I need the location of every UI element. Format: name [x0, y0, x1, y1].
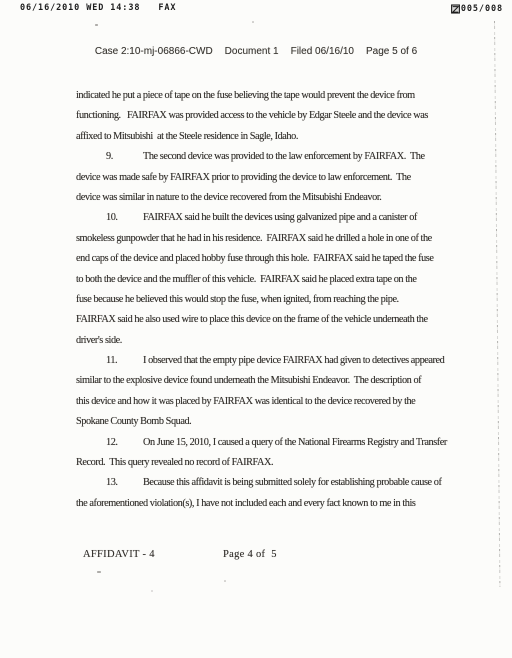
scan-speck	[151, 590, 153, 592]
footer-doc-label: AFFIDAVIT - 4	[83, 549, 155, 560]
body-line: 11.I observed that the empty pipe device…	[76, 351, 488, 371]
body-line: 12.On June 15, 2010, I caused a query of…	[76, 433, 488, 453]
body-line: 9.The second device was provided to the …	[76, 147, 488, 167]
scan-speck	[224, 580, 226, 582]
fax-transmission-header: 06/16/2010 WED 14:38 FAX 005/008	[20, 3, 503, 14]
scan-speck	[252, 21, 254, 23]
fax-timestamp: 06/16/2010 WED 14:38 FAX	[20, 3, 176, 13]
paragraph-number: 12.	[106, 433, 143, 453]
caption-filed-date: Filed 06/16/10	[291, 46, 354, 57]
paragraph-text: The second device was provided to the la…	[143, 151, 425, 162]
paragraph-number: 11.	[106, 351, 143, 371]
body-line: end caps of the device and placed hobby …	[76, 249, 488, 269]
body-line: Record. This query revealed no record of…	[76, 453, 488, 473]
body-line: functioning. FAIRFAX was provided access…	[76, 106, 488, 126]
caption-page-number: Page 5 of 6	[366, 46, 417, 57]
paragraph-number: 9.	[106, 147, 143, 167]
body-line: similar to the explosive device found un…	[76, 371, 488, 391]
paragraph-text: On June 15, 2010, I caused a query of th…	[143, 437, 447, 448]
body-line: Spokane County Bomb Squad.	[76, 412, 488, 432]
fax-document-page: 06/16/2010 WED 14:38 FAX 005/008 Case 2:…	[0, 0, 512, 658]
body-line: this device and how it was placed by FAI…	[76, 392, 488, 412]
body-line: device was similar in nature to the devi…	[76, 188, 488, 208]
paragraph-number: 10.	[106, 208, 143, 228]
caption-case-number: Case 2:10-mj-06866-CWD	[95, 46, 213, 57]
body-line: affixed to Mitsubishi at the Steele resi…	[76, 127, 488, 147]
body-line: device was made safe by FAIRFAX prior to…	[76, 168, 488, 188]
body-line: FAIRFAX said he also used wire to place …	[76, 310, 488, 330]
scan-artifact-line	[494, 21, 501, 587]
body-line: 13.Because this affidavit is being submi…	[76, 473, 488, 493]
body-line: indicated he put a piece of tape on the …	[76, 86, 488, 106]
body-line: driver's side.	[76, 331, 488, 351]
fax-page-counter: 005/008	[451, 3, 503, 14]
body-line: 10.FAIRFAX said he built the devices usi…	[76, 208, 488, 228]
paragraph-number: 13.	[106, 473, 143, 493]
affidavit-body: indicated he put a piece of tape on the …	[76, 86, 488, 514]
paragraph-text: I observed that the empty pipe device FA…	[143, 355, 444, 366]
scan-speck	[97, 571, 101, 573]
paragraph-text: FAIRFAX said he built the devices using …	[143, 212, 417, 223]
body-line: fuse because he believed this would stop…	[76, 290, 488, 310]
paragraph-text: Because this affidavit is being submitte…	[143, 477, 441, 488]
body-line: the aforementioned violation(s), I have …	[76, 494, 488, 514]
body-line: smokeless gunpowder that he had in his r…	[76, 229, 488, 249]
case-caption: Case 2:10-mj-06866-CWD Document 1 Filed …	[0, 46, 512, 57]
scan-speck	[95, 24, 98, 26]
fax-page-icon	[451, 4, 460, 14]
body-line: to both the device and the muffler of th…	[76, 270, 488, 290]
footer-page-label: Page 4 of 5	[223, 549, 277, 560]
fax-page-count-text: 005/008	[461, 4, 503, 14]
caption-document-number: Document 1	[225, 46, 279, 57]
